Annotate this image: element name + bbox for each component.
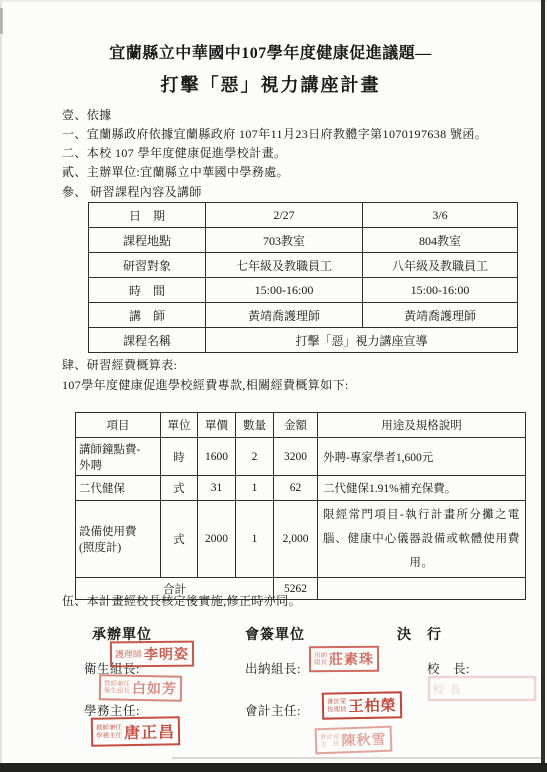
stamp-title-text: 會計室 佐理員 xyxy=(327,698,347,713)
stamp-name-text: 校長 xyxy=(433,681,467,697)
label-cashier-chief: 出納組長: xyxy=(245,659,301,677)
stamp-accounting-clerk: 會計室 佐理員 王柏榮 xyxy=(322,691,402,719)
cell: 3/6 xyxy=(363,203,518,228)
stamp-cashier-chief: 出納 組長 莊素珠 xyxy=(309,646,379,673)
section-basis-item2: 二、本校 107 學年度健康促進學校計畫。 xyxy=(62,144,286,161)
cell: 八年級及教職員工 xyxy=(363,253,518,278)
cell-qty: 1 xyxy=(236,476,274,501)
document-title-line2: 打擊「惡」視力講座計畫 xyxy=(0,71,541,97)
stamp-academic-director: 教師兼任 學務主任 唐正昌 xyxy=(91,716,181,747)
stamp-name-text: 莊素珠 xyxy=(329,649,374,669)
cell-desc: 二代健保1.91%補充保費。 xyxy=(318,476,526,501)
cell-unit: 式 xyxy=(161,501,198,578)
stamp-principal: 校長 xyxy=(428,676,536,701)
section-approval-note: 伍、本計畫經校長核定後實施,修正時亦同。 xyxy=(62,592,301,609)
budget-header-row: 項目 單位 單價 數量 金額 用途及規格說明 xyxy=(76,413,526,438)
cell: 703教室 xyxy=(206,228,363,253)
section-budget-heading: 肆、研習經費概算表: xyxy=(62,356,177,373)
row-label: 時 間 xyxy=(89,278,206,303)
stamp-title-text: 教師兼任 學務主任 xyxy=(96,724,122,739)
stamp-title-text: 教師兼任 衛生組長 xyxy=(104,680,130,695)
stamp-name-text: 陳秋雪 xyxy=(341,729,387,751)
row-label: 研習對象 xyxy=(89,253,206,278)
scan-edge-bottom xyxy=(0,763,547,772)
scan-mark-left xyxy=(0,8,3,34)
cell-qty: 2 xyxy=(236,438,274,476)
schedule-row-audience: 研習對象 七年級及教職員工 八年級及教職員工 xyxy=(89,253,518,278)
row-label: 講 師 xyxy=(89,303,206,328)
cell-amount: 62 xyxy=(274,476,318,501)
signoff-heading-countersign: 會簽單位 xyxy=(245,624,305,644)
cell: 黃靖喬護理師 xyxy=(206,303,363,328)
stamp-name-text: 白如芳 xyxy=(132,678,177,699)
budget-row-lecturer-fee: 講師鐘點費- 外聘 時 1600 2 3200 外聘-專家學者1,600元 xyxy=(76,438,526,476)
cell-amount: 2,000 xyxy=(274,501,318,578)
section-organizer: 貳、主辦單位:宜蘭縣立中華國中學務處。 xyxy=(62,163,289,180)
signoff-heading-decision: 決 行 xyxy=(397,624,442,644)
cell-unit: 時 xyxy=(161,438,198,476)
schedule-row-date: 日 期 2/27 3/6 xyxy=(89,203,518,228)
col-header-unit: 單位 xyxy=(161,413,198,438)
cell-item: 二代健保 xyxy=(76,476,161,501)
scan-edge-top xyxy=(0,0,547,2)
section-basis-heading: 壹、依據 xyxy=(62,106,112,123)
stamp-name-text: 唐正昌 xyxy=(124,719,175,743)
stamp-nurse: 護理師 李明姿 xyxy=(110,641,194,668)
budget-row-health-insurance: 二代健保 式 31 1 62 二代健保1.91%補充保費。 xyxy=(76,476,526,501)
schedule-table: 日 期 2/27 3/6 課程地點 703教室 804教室 研習對象 七年級及教… xyxy=(88,202,518,353)
stamp-title-text: 會計室 主 任 xyxy=(320,733,340,749)
schedule-row-lecturer: 講 師 黃靖喬護理師 黃靖喬護理師 xyxy=(89,303,518,328)
col-header-desc: 用途及規格說明 xyxy=(318,413,526,438)
section-course-heading: 參、 研習課程內容及講師 xyxy=(62,183,202,200)
stamp-name-text: 李明姿 xyxy=(144,644,189,664)
budget-table: 項目 單位 單價 數量 金額 用途及規格說明 講師鐘點費- 外聘 時 1600 … xyxy=(75,412,526,600)
budget-row-equipment-fee: 設備使用費 (照度計) 式 2000 1 2,000 限經常門項目-執行計畫所分… xyxy=(76,501,526,578)
cell-unit: 式 xyxy=(161,476,198,501)
cell-price: 31 xyxy=(198,476,236,501)
cell-qty: 1 xyxy=(236,501,274,578)
cell: 黃靖喬護理師 xyxy=(363,303,518,328)
row-label: 課程地點 xyxy=(89,228,206,253)
cell-item: 講師鐘點費- 外聘 xyxy=(76,438,161,476)
label-accounting-director: 會計主任: xyxy=(245,701,301,719)
stamp-title-text: 護理師 xyxy=(115,649,142,659)
col-header-qty: 數量 xyxy=(236,413,274,438)
document-title-line1: 宜蘭縣立中華國中107學年度健康促進議題— xyxy=(0,40,541,63)
row-label: 日 期 xyxy=(89,203,206,228)
cell-desc: 限經常門項目-執行計畫所分攤之電腦、健康中心儀器設備或軟體使用費用。 xyxy=(318,501,526,578)
cell-price: 2000 xyxy=(198,501,236,578)
cell-desc: 外聘-專家學者1,600元 xyxy=(318,438,526,476)
schedule-row-location: 課程地點 703教室 804教室 xyxy=(89,228,518,253)
cell-span: 打擊「惡」視力講座宣導 xyxy=(206,328,518,353)
schedule-row-course-name: 課程名稱 打擊「惡」視力講座宣導 xyxy=(89,328,518,353)
cell-price: 1600 xyxy=(198,438,236,476)
section-budget-note: 107學年度健康促進學校經費專款,相關經費概算如下: xyxy=(62,376,349,393)
col-header-item: 項目 xyxy=(76,413,161,438)
scan-edge-left xyxy=(0,0,2,772)
section-basis-item1: 一、宜蘭縣政府依據宜蘭縣政府 107年11月23日府教體字第1070197638… xyxy=(62,125,487,142)
cell: 15:00-16:00 xyxy=(206,278,363,303)
stamp-title-text: 出納 組長 xyxy=(314,652,327,667)
cell-item: 設備使用費 (照度計) xyxy=(76,501,161,578)
stamp-hygiene-chief: 教師兼任 衛生組長 白如芳 xyxy=(99,674,182,701)
total-desc-empty xyxy=(318,578,526,600)
stamp-accounting-director: 會計室 主 任 陳秋雪 xyxy=(315,726,392,755)
col-header-amount: 金額 xyxy=(274,413,318,438)
cell-amount: 3200 xyxy=(274,438,318,476)
schedule-row-time: 時 間 15:00-16:00 15:00-16:00 xyxy=(89,278,518,303)
scan-edge-right xyxy=(541,0,545,772)
row-label: 課程名稱 xyxy=(89,328,206,353)
label-principal: 校 長: xyxy=(427,659,470,677)
scan-line-bottom xyxy=(172,757,541,759)
stamp-name-text: 王柏榮 xyxy=(348,694,396,716)
col-header-price: 單價 xyxy=(198,413,236,438)
cell: 2/27 xyxy=(206,203,363,228)
cell: 15:00-16:00 xyxy=(363,278,518,303)
cell: 804教室 xyxy=(363,228,518,253)
cell: 七年級及教職員工 xyxy=(206,253,363,278)
